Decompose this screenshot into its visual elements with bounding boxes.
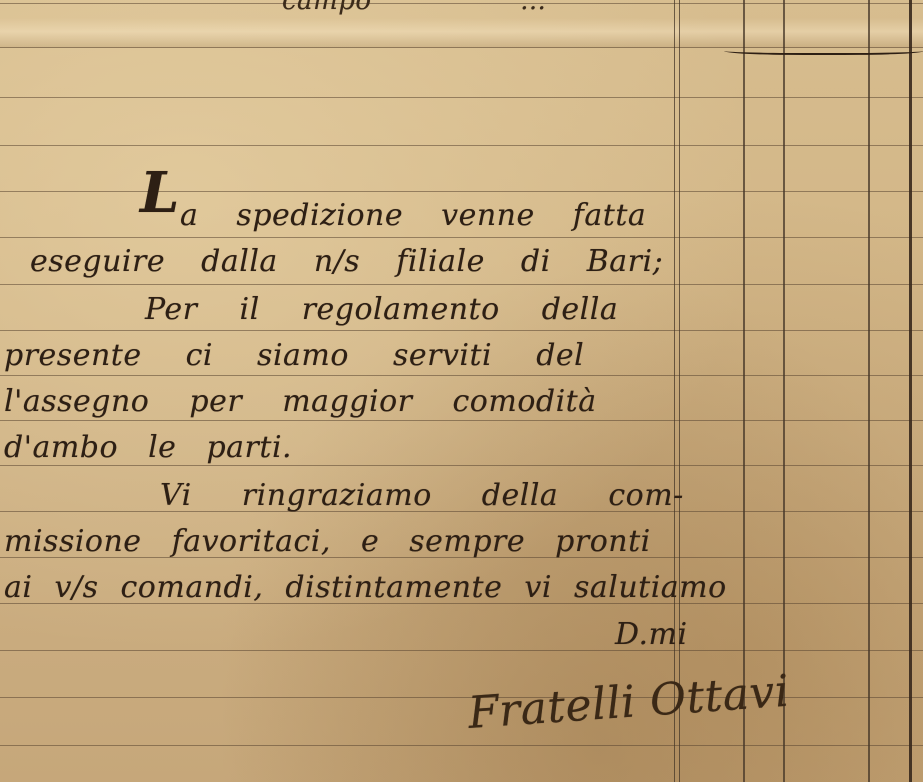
letter-line-2: eseguire dalla n/s filiale di Bari; — [30, 244, 663, 279]
rule-line — [0, 420, 923, 421]
letter-line-6: d'ambo le parti. — [4, 430, 292, 465]
column-line — [679, 0, 680, 782]
rule-line — [0, 191, 923, 192]
column-line — [674, 0, 675, 782]
rule-line — [0, 284, 923, 285]
column-line-border — [909, 0, 912, 782]
letter-line-8: missione favoritaci, e sempre pronti — [4, 524, 651, 559]
paper-fold — [0, 18, 923, 48]
opening-initial: L — [140, 160, 180, 226]
letter-line-3: Per il regolamento della — [145, 292, 618, 327]
rule-line — [0, 3, 923, 4]
letter-line-5: l'assegno per maggior comodità — [4, 384, 597, 419]
total-underline-mark — [724, 45, 923, 55]
rule-line — [0, 745, 923, 746]
letter-line-1: a spedizione venne fatta — [180, 198, 646, 233]
rule-line — [0, 465, 923, 466]
closing-abbrev: D.mi — [615, 617, 688, 652]
rule-line — [0, 330, 923, 331]
column-line — [743, 0, 745, 782]
column-line — [868, 0, 870, 782]
top-fragment-text: campo — [282, 0, 372, 16]
letter-line-4: presente ci siamo serviti del — [4, 338, 584, 373]
rule-line — [0, 650, 923, 651]
ledger-page: campo … L a spedizione venne fatta esegu… — [0, 0, 923, 782]
top-fragment-text: … — [520, 0, 547, 16]
letter-line-9: ai v/s comandi, distintamente vi salutia… — [4, 570, 727, 605]
letter-line-7: Vi ringraziamo della com- — [160, 478, 684, 513]
rule-line — [0, 237, 923, 238]
column-line — [783, 0, 785, 782]
rule-line — [0, 145, 923, 146]
rule-line — [0, 97, 923, 98]
rule-line — [0, 375, 923, 376]
